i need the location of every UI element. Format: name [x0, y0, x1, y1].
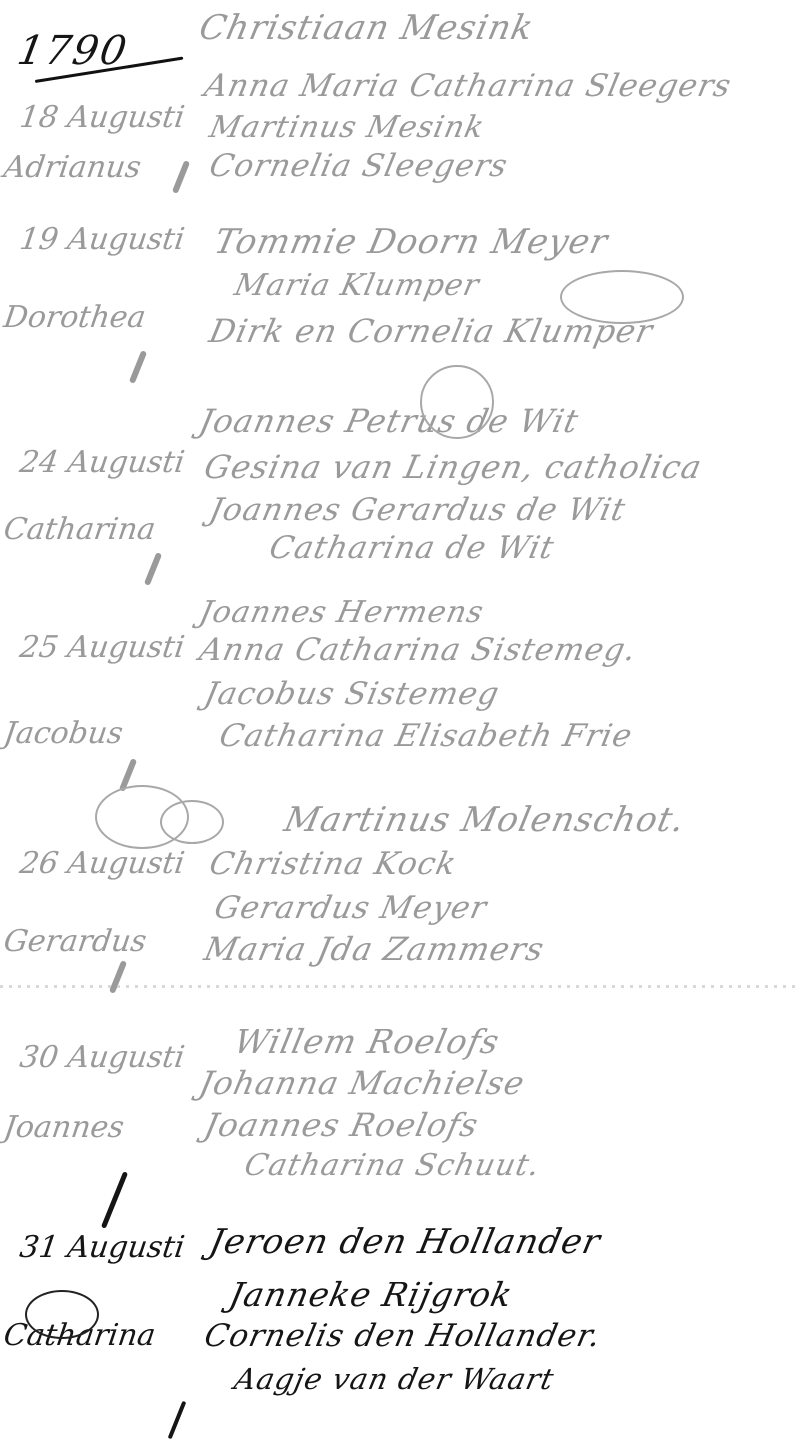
entry-separator-mark [101, 1171, 128, 1229]
decorative-flourish [25, 1290, 99, 1339]
baptism-date: 24 Augusti [18, 445, 187, 480]
mother-name: Gesina van Lingen, catholica [201, 448, 706, 486]
father-name: Joannes Hermens [196, 595, 487, 630]
child-name: Joannes [2, 1110, 127, 1145]
father-name: Joannes Petrus de Wit [196, 402, 582, 440]
mother-name: Johanna Machielse [196, 1064, 528, 1102]
decorative-flourish [560, 270, 684, 324]
register-page: 1790 Christiaan Mesink Anna Maria Cathar… [0, 0, 800, 1455]
entry-separator-mark [129, 350, 147, 384]
baptism-date: 30 Augusti [18, 1040, 187, 1075]
father-name: Willem Roelofs [231, 1022, 503, 1061]
baptism-date: 26 Augusti [18, 846, 187, 881]
witness-2: Maria Jda Zammers [201, 930, 548, 968]
child-name: Catharina [2, 512, 158, 547]
witness-2: Cornelia Sleegers [206, 148, 511, 184]
mother-name: Anna Maria Catharina Sleegers [201, 68, 735, 104]
baptism-date: 19 Augusti [18, 222, 187, 257]
entry-separator-mark [172, 160, 190, 194]
witness-1: Gerardus Meyer [211, 890, 490, 926]
entry-separator-mark [109, 960, 127, 994]
father-name: Christiaan Mesink [196, 8, 538, 48]
scan-artifact-line [0, 985, 800, 988]
witness-1: Joannes Roelofs [201, 1106, 482, 1144]
witness-2: Catharina Schuut. [241, 1148, 543, 1183]
witness-1: Cornelis den Hollander. [201, 1318, 604, 1354]
mother-name: Anna Catharina Sistemeg. [196, 632, 640, 668]
witness-2: Catharina Elisabeth Frie [216, 718, 636, 754]
witness-2: Aagje van der Waart [231, 1362, 557, 1396]
father-name: Jeroen den Hollander [206, 1222, 605, 1262]
witness-1: Jacobus Sistemeg [201, 676, 503, 712]
decorative-flourish [160, 800, 224, 844]
child-name: Adrianus [2, 150, 144, 185]
entry-separator-mark [144, 552, 162, 586]
father-name: Tommie Doorn Meyer [211, 222, 612, 262]
decorative-flourish [420, 365, 494, 439]
mother-name: Maria Klumper [231, 268, 482, 303]
child-name: Gerardus [2, 924, 149, 959]
pen-stroke [168, 1401, 187, 1440]
baptism-date: 25 Augusti [18, 630, 187, 665]
father-name: Martinus Molenschot. [281, 800, 689, 840]
witness-1: Martinus Mesink [206, 110, 488, 145]
witness-2: Catharina de Wit [266, 530, 558, 566]
mother-name: Janneke Rijgrok [226, 1275, 517, 1314]
child-name: Jacobus [2, 716, 126, 751]
mother-name: Christina Kock [206, 846, 460, 882]
baptism-date: 31 Augusti [18, 1230, 187, 1265]
witness-1: Joannes Gerardus de Wit [206, 492, 629, 528]
child-name: Dorothea [2, 300, 148, 335]
baptism-date: 18 Augusti [18, 100, 187, 135]
